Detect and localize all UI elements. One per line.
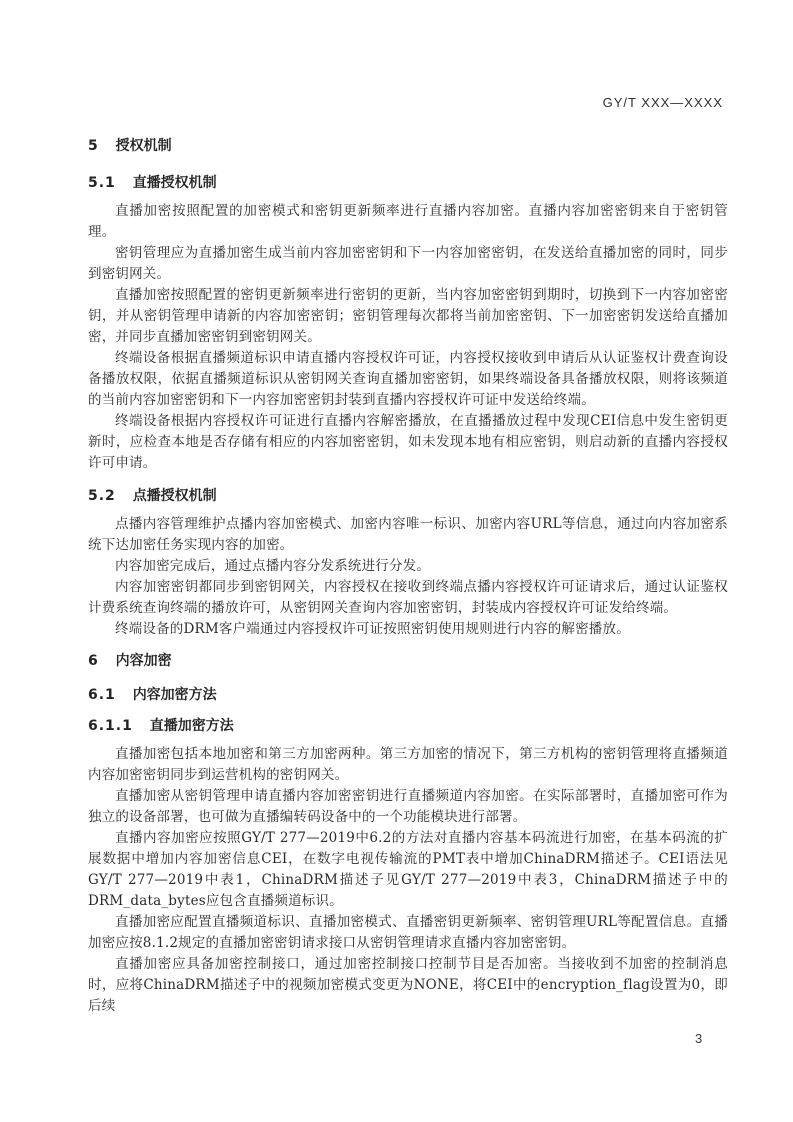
paragraph: 终端设备的DRM客户端通过内容授权许可证按照密钥使用规则进行内容的解密播放。 [88,619,728,640]
clause-title: 内容加密 [116,653,172,669]
paragraph: 内容加密完成后，通过点播内容分发系统进行分发。 [88,556,728,577]
paragraph: 直播加密应具备加密控制接口，通过加密控制接口控制节目是否加密。当接收到不加密的控… [88,954,728,1017]
subclause-6-1-heading: 6.1 内容加密方法 [88,687,728,704]
clause-title: 授权机制 [116,138,172,154]
clause-number: 5 [88,138,99,154]
paragraph: 直播加密按照配置的密钥更新频率进行密钥的更新，当内容加密密钥到期时，切换到下一内… [88,285,728,348]
subclause-number: 5.2 [88,488,116,504]
paragraph: 直播加密按照配置的加密模式和密钥更新频率进行直播内容加密。直播内容加密密钥来自于… [88,201,728,243]
subclause-5-2-heading: 5.2 点播授权机制 [88,488,728,505]
subclause-title: 内容加密方法 [133,687,217,703]
paragraph: 直播加密包括本地加密和第三方加密两种。第三方加密的情况下，第三方机构的密钥管理将… [88,744,728,786]
paragraph: 直播加密应配置直播频道标识、直播加密模式、直播密钥更新频率、密钥管理URL等配置… [88,912,728,954]
subclause-6-1-1-heading: 6.1.1 直播加密方法 [88,718,728,735]
subclause-title: 直播授权机制 [133,175,217,191]
paragraph: 点播内容管理维护点播内容加密模式、加密内容唯一标识、加密内容URL等信息，通过向… [88,514,728,556]
clause-5-heading: 5 授权机制 [88,138,728,155]
paragraph: 终端设备根据内容授权许可证进行直播内容解密播放，在直播播放过程中发现CEI信息中… [88,411,728,474]
paragraph: 密钥管理应为直播加密生成当前内容加密密钥和下一内容加密密钥，在发送给直播加密的同… [88,243,728,285]
document-body: 5 授权机制 5.1 直播授权机制 直播加密按照配置的加密模式和密钥更新频率进行… [88,130,728,1017]
paragraph: 直播内容加密应按照GY/T 277—2019中6.2的方法对直播内容基本码流进行… [88,828,728,912]
paragraph: 内容加密密钥都同步到密钥网关，内容授权在接收到终端点播内容授权许可证请求后，通过… [88,577,728,619]
page-number: 3 [695,1031,702,1046]
paragraph: 终端设备根据直播频道标识申请直播内容授权许可证，内容授权接收到申请后从认证鉴权计… [88,348,728,411]
subclause-number: 5.1 [88,175,116,191]
subclause-number: 6.1.1 [88,718,133,734]
subclause-number: 6.1 [88,687,116,703]
subclause-title: 点播授权机制 [133,488,217,504]
clause-6-heading: 6 内容加密 [88,653,728,670]
paragraph: 直播加密从密钥管理申请直播内容加密密钥进行直播频道内容加密。在实际部署时，直播加… [88,786,728,828]
document-page: GY/T XXX—XXXX 5 授权机制 5.1 直播授权机制 直播加密按照配置… [0,0,793,1122]
subclause-title: 直播加密方法 [150,718,234,734]
document-code: GY/T XXX—XXXX [603,95,723,110]
subclause-5-1-heading: 5.1 直播授权机制 [88,175,728,192]
clause-number: 6 [88,653,99,669]
